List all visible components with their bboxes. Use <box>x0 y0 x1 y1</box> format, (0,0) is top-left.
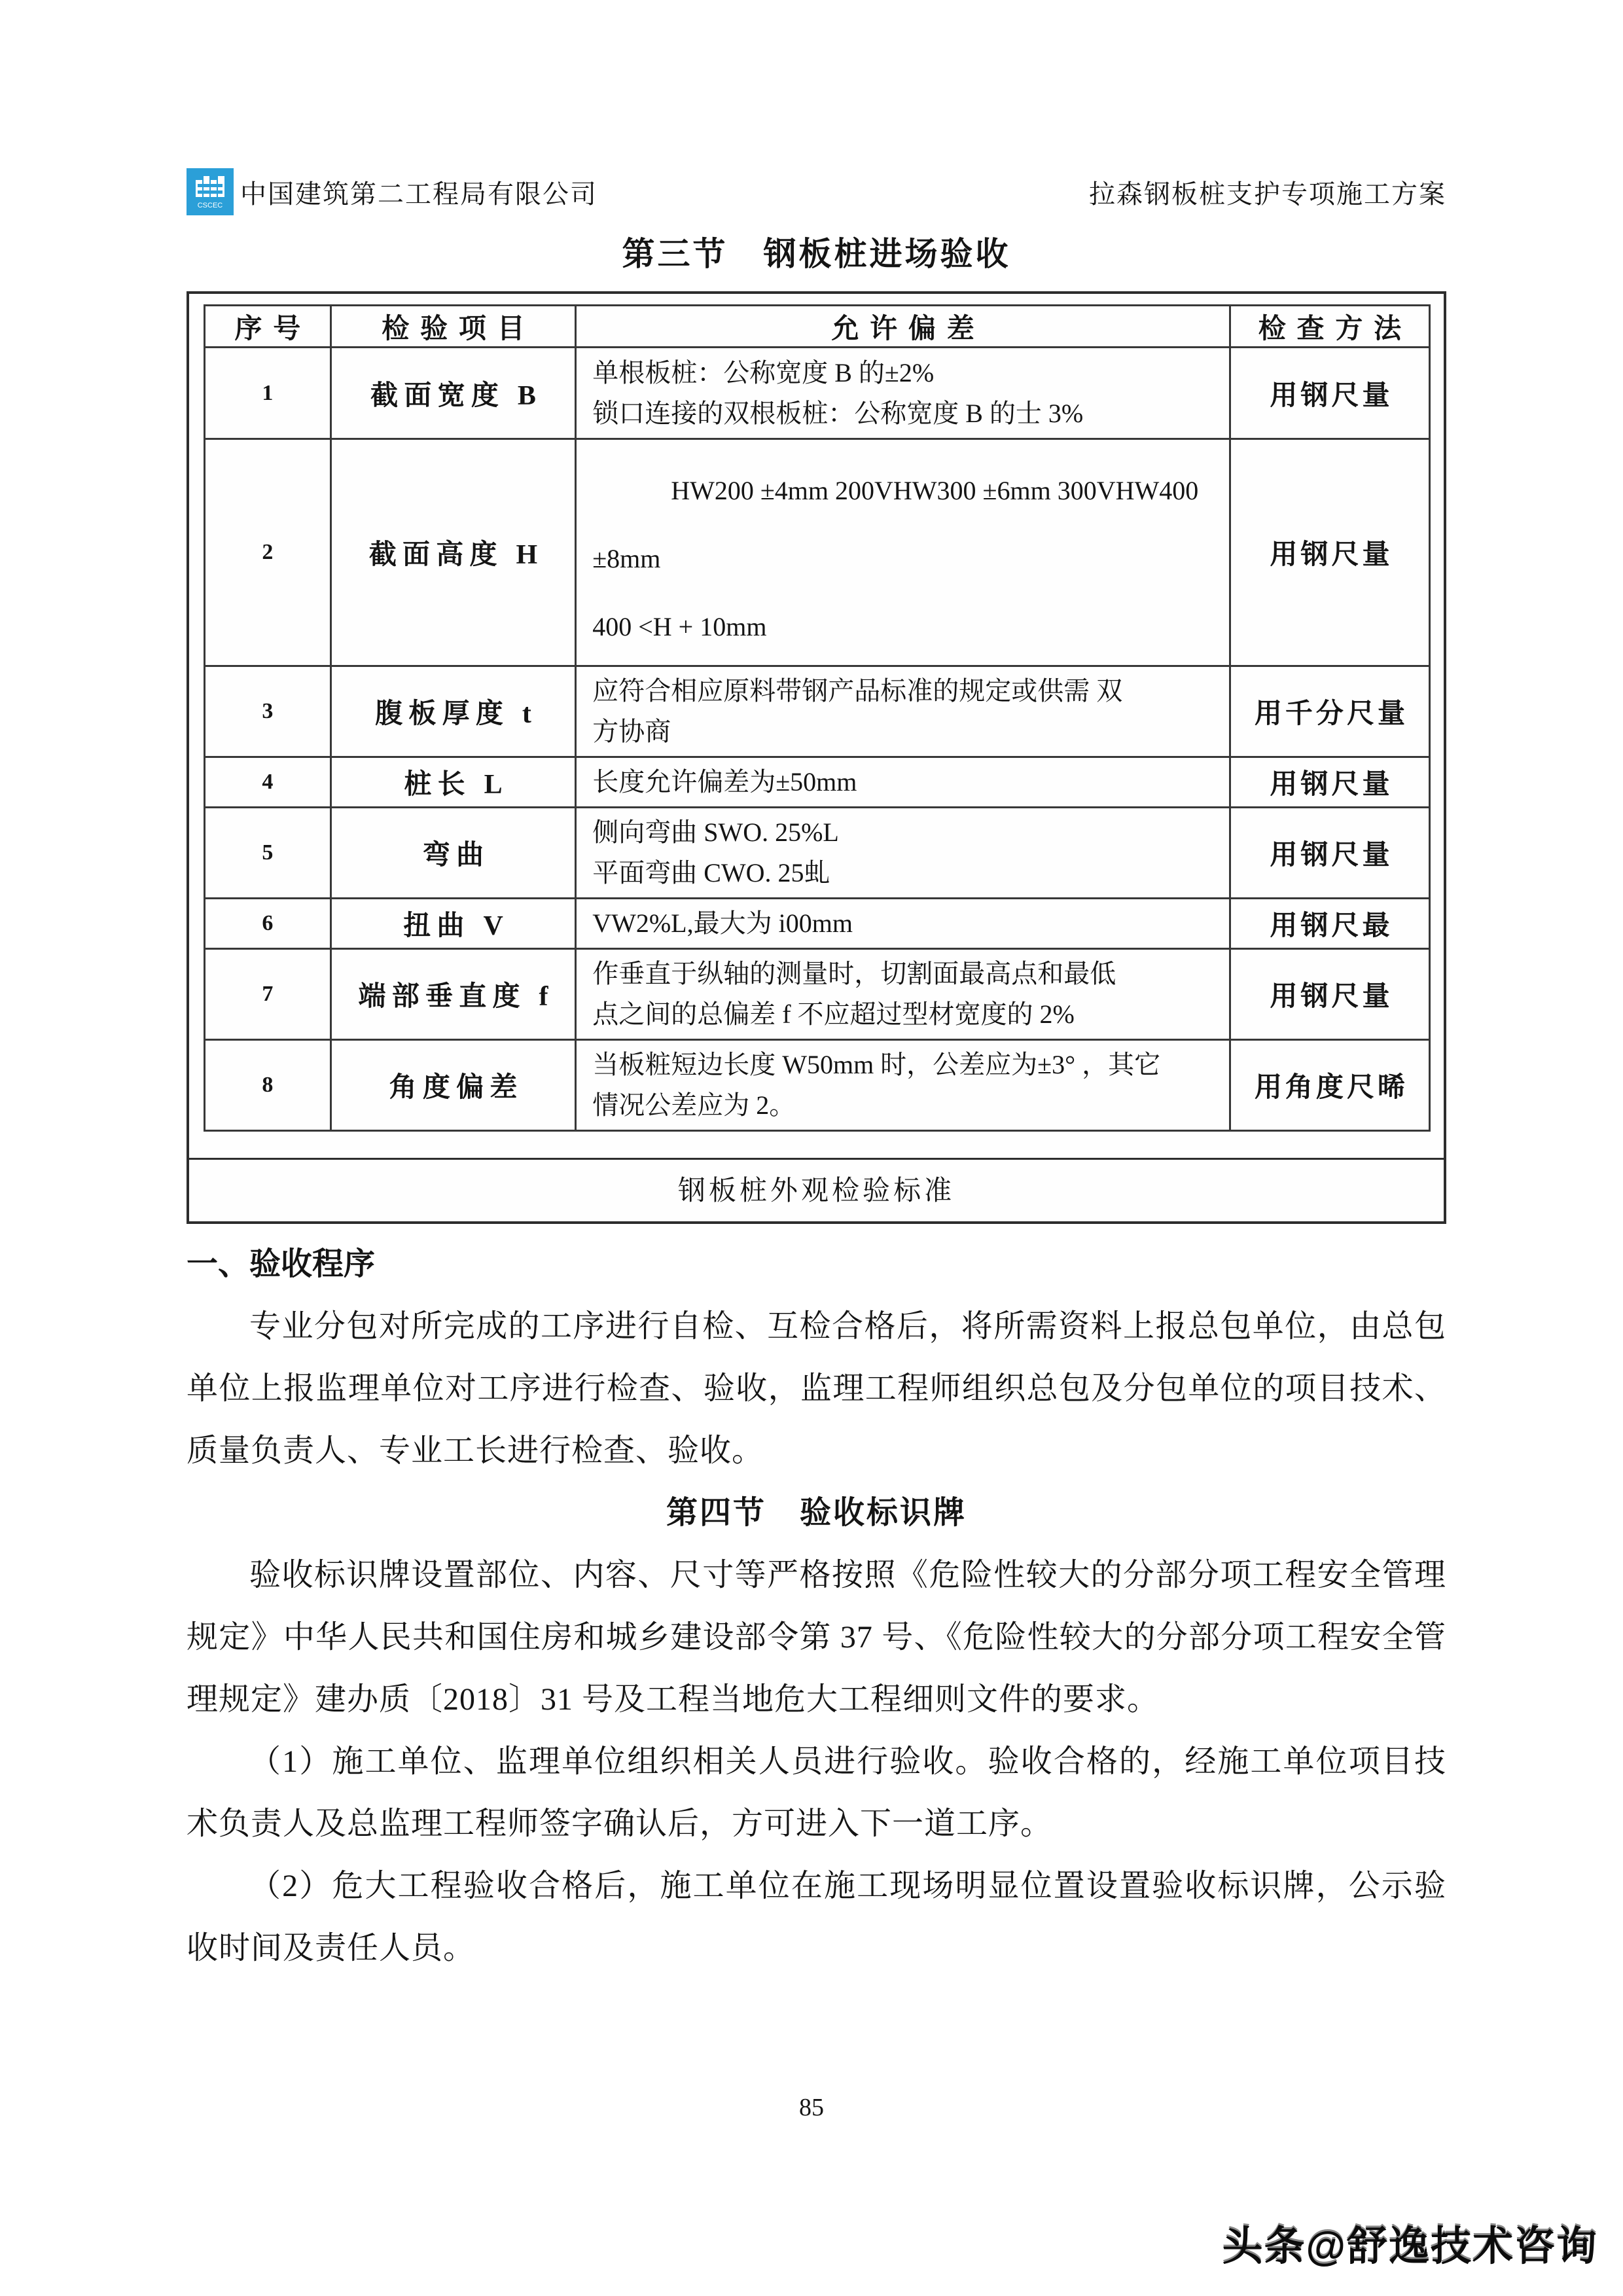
cell-no: 3 <box>205 666 331 757</box>
table-row: 8 角度偏差 当板粧短边长度 W50mm 时，公差应为±3° ，其它 情况公差应… <box>205 1040 1430 1131</box>
section3-title: 第三节 钢板桩进场验收 <box>187 234 1446 274</box>
cell-item: 弯曲 <box>330 808 575 899</box>
cell-method: 用钢尺量 <box>1230 808 1429 899</box>
cell-deviation: 侧向弯曲 SWO. 25%L 平面弯曲 CWO. 25虬 <box>576 808 1230 899</box>
paragraph-signage-rules: 验收标识牌设置部位、内容、尺寸等严格按照《危险性较大的分部分项工程安全管理规定》… <box>187 1544 1446 1731</box>
watermark: 头条@舒逸技术咨询 <box>1222 2214 1598 2272</box>
document-scheme-title: 拉森钢板桩支护专项施工方案 <box>1089 173 1446 211</box>
table-row: 4 桩长 L 长度允许偏差为±50mm 用钢尺量 <box>205 757 1430 808</box>
cell-method: 用钢尺量 <box>1230 949 1429 1040</box>
svg-text:CSCEC: CSCEC <box>198 202 223 209</box>
header-item: 检验项目 <box>330 306 575 348</box>
cell-item: 端部垂直度 f <box>330 949 575 1040</box>
cell-item: 桩长 L <box>330 757 575 808</box>
heading-acceptance-procedure: 一、验收程序 <box>187 1233 1446 1295</box>
cell-method: 用千分尺量 <box>1230 666 1429 757</box>
cell-no: 8 <box>205 1040 331 1131</box>
paragraph-procedure: 专业分包对所完成的工序进行自检、互检合格后，将所需资料上报总包单位，由总包单位上… <box>187 1295 1446 1482</box>
cell-no: 5 <box>205 808 331 899</box>
cell-item: 腹板厚度 t <box>330 666 575 757</box>
cell-item: 截面宽度 B <box>330 348 575 439</box>
cell-no: 7 <box>205 949 331 1040</box>
header-seq: 序号 <box>205 306 331 348</box>
cell-method: 用角度尺晞 <box>1230 1040 1429 1131</box>
page-number: 85 <box>0 2093 1623 2122</box>
cell-deviation: VW2%L,最大为 i00mm <box>576 899 1230 949</box>
acceptance-table: 序号 检验项目 允许偏差 检查方法 1 截面宽度 B 单根板桩：公称宽度 B 的… <box>204 304 1431 1132</box>
table-wrapper: 序号 检验项目 允许偏差 检查方法 1 截面宽度 B 单根板桩：公称宽度 B 的… <box>189 294 1444 1158</box>
table-row: 5 弯曲 侧向弯曲 SWO. 25%L 平面弯曲 CWO. 25虬 用钢尺量 <box>205 808 1430 899</box>
cell-deviation: 当板粧短边长度 W50mm 时，公差应为±3° ，其它 情况公差应为 2。 <box>576 1040 1230 1131</box>
cell-deviation: HW200 ±4mm 200VHW300 ±6mm 300VHW400 ±8mm… <box>576 439 1230 666</box>
cell-method: 用钢尺最 <box>1230 899 1429 949</box>
cell-no: 4 <box>205 757 331 808</box>
header-method: 检查方法 <box>1230 306 1429 348</box>
table-outer-frame: 序号 检验项目 允许偏差 检查方法 1 截面宽度 B 单根板桩：公称宽度 B 的… <box>187 291 1446 1224</box>
paragraph-item-2: （2）危大工程验收合格后，施工单位在施工现场明显位置设置验收标识牌，公示验收时间… <box>187 1855 1446 1979</box>
cell-method: 用钢尺量 <box>1230 757 1429 808</box>
cell-deviation: 长度允许偏差为±50mm <box>576 757 1230 808</box>
cell-item: 扭曲 V <box>330 899 575 949</box>
cell-deviation: 作垂直于纵轴的测量时，切割面最高点和最低 点之间的总偏差 f 不应超过型材宽度的… <box>576 949 1230 1040</box>
cell-deviation: 应符合相应原料带钢产品标准的规定或供需 双 方协商 <box>576 666 1230 757</box>
cell-no: 6 <box>205 899 331 949</box>
cell-no: 2 <box>205 439 331 666</box>
cell-no: 1 <box>205 348 331 439</box>
table-row: 2 截面高度 H HW200 ±4mm 200VHW300 ±6mm 300VH… <box>205 439 1430 666</box>
cell-item: 截面高度 H <box>330 439 575 666</box>
page-content: CSCEC 中国建筑第二工程局有限公司 拉森钢板桩支护专项施工方案 第三节 钢板… <box>0 167 1623 1979</box>
table-row: 6 扭曲 V VW2%L,最大为 i00mm 用钢尺最 <box>205 899 1430 949</box>
table-row: 7 端部垂直度 f 作垂直于纵轴的测量时，切割面最高点和最低 点之间的总偏差 f… <box>205 949 1430 1040</box>
cell-item: 角度偏差 <box>330 1040 575 1131</box>
header-deviation: 允许偏差 <box>576 306 1230 348</box>
company-name: 中国建筑第二工程局有限公司 <box>240 173 597 211</box>
table-row: 3 腹板厚度 t 应符合相应原料带钢产品标准的规定或供需 双 方协商 用千分尺量 <box>205 666 1430 757</box>
header-left: CSCEC 中国建筑第二工程局有限公司 <box>187 168 597 215</box>
table-caption: 钢板桩外观检验标准 <box>189 1158 1444 1221</box>
cscec-logo-icon: CSCEC <box>187 168 234 215</box>
cell-deviation: 单根板桩：公称宽度 B 的±2% 锁口连接的双根板桩：公称宽度 B 的士 3% <box>576 348 1230 439</box>
table-header-row: 序号 检验项目 允许偏差 检查方法 <box>205 306 1430 348</box>
table-row: 1 截面宽度 B 单根板桩：公称宽度 B 的±2% 锁口连接的双根板桩：公称宽度… <box>205 348 1430 439</box>
section4-title: 第四节 验收标识牌 <box>187 1482 1446 1544</box>
cell-method: 用钢尺量 <box>1230 348 1429 439</box>
document-header: CSCEC 中国建筑第二工程局有限公司 拉森钢板桩支护专项施工方案 <box>187 167 1446 217</box>
paragraph-item-1: （1）施工单位、监理单位组织相关人员进行验收。验收合格的，经施工单位项目技术负责… <box>187 1731 1446 1855</box>
cell-method: 用钢尺量 <box>1230 439 1429 666</box>
body-text: 一、验收程序 专业分包对所完成的工序进行自检、互检合格后，将所需资料上报总包单位… <box>187 1233 1446 1979</box>
